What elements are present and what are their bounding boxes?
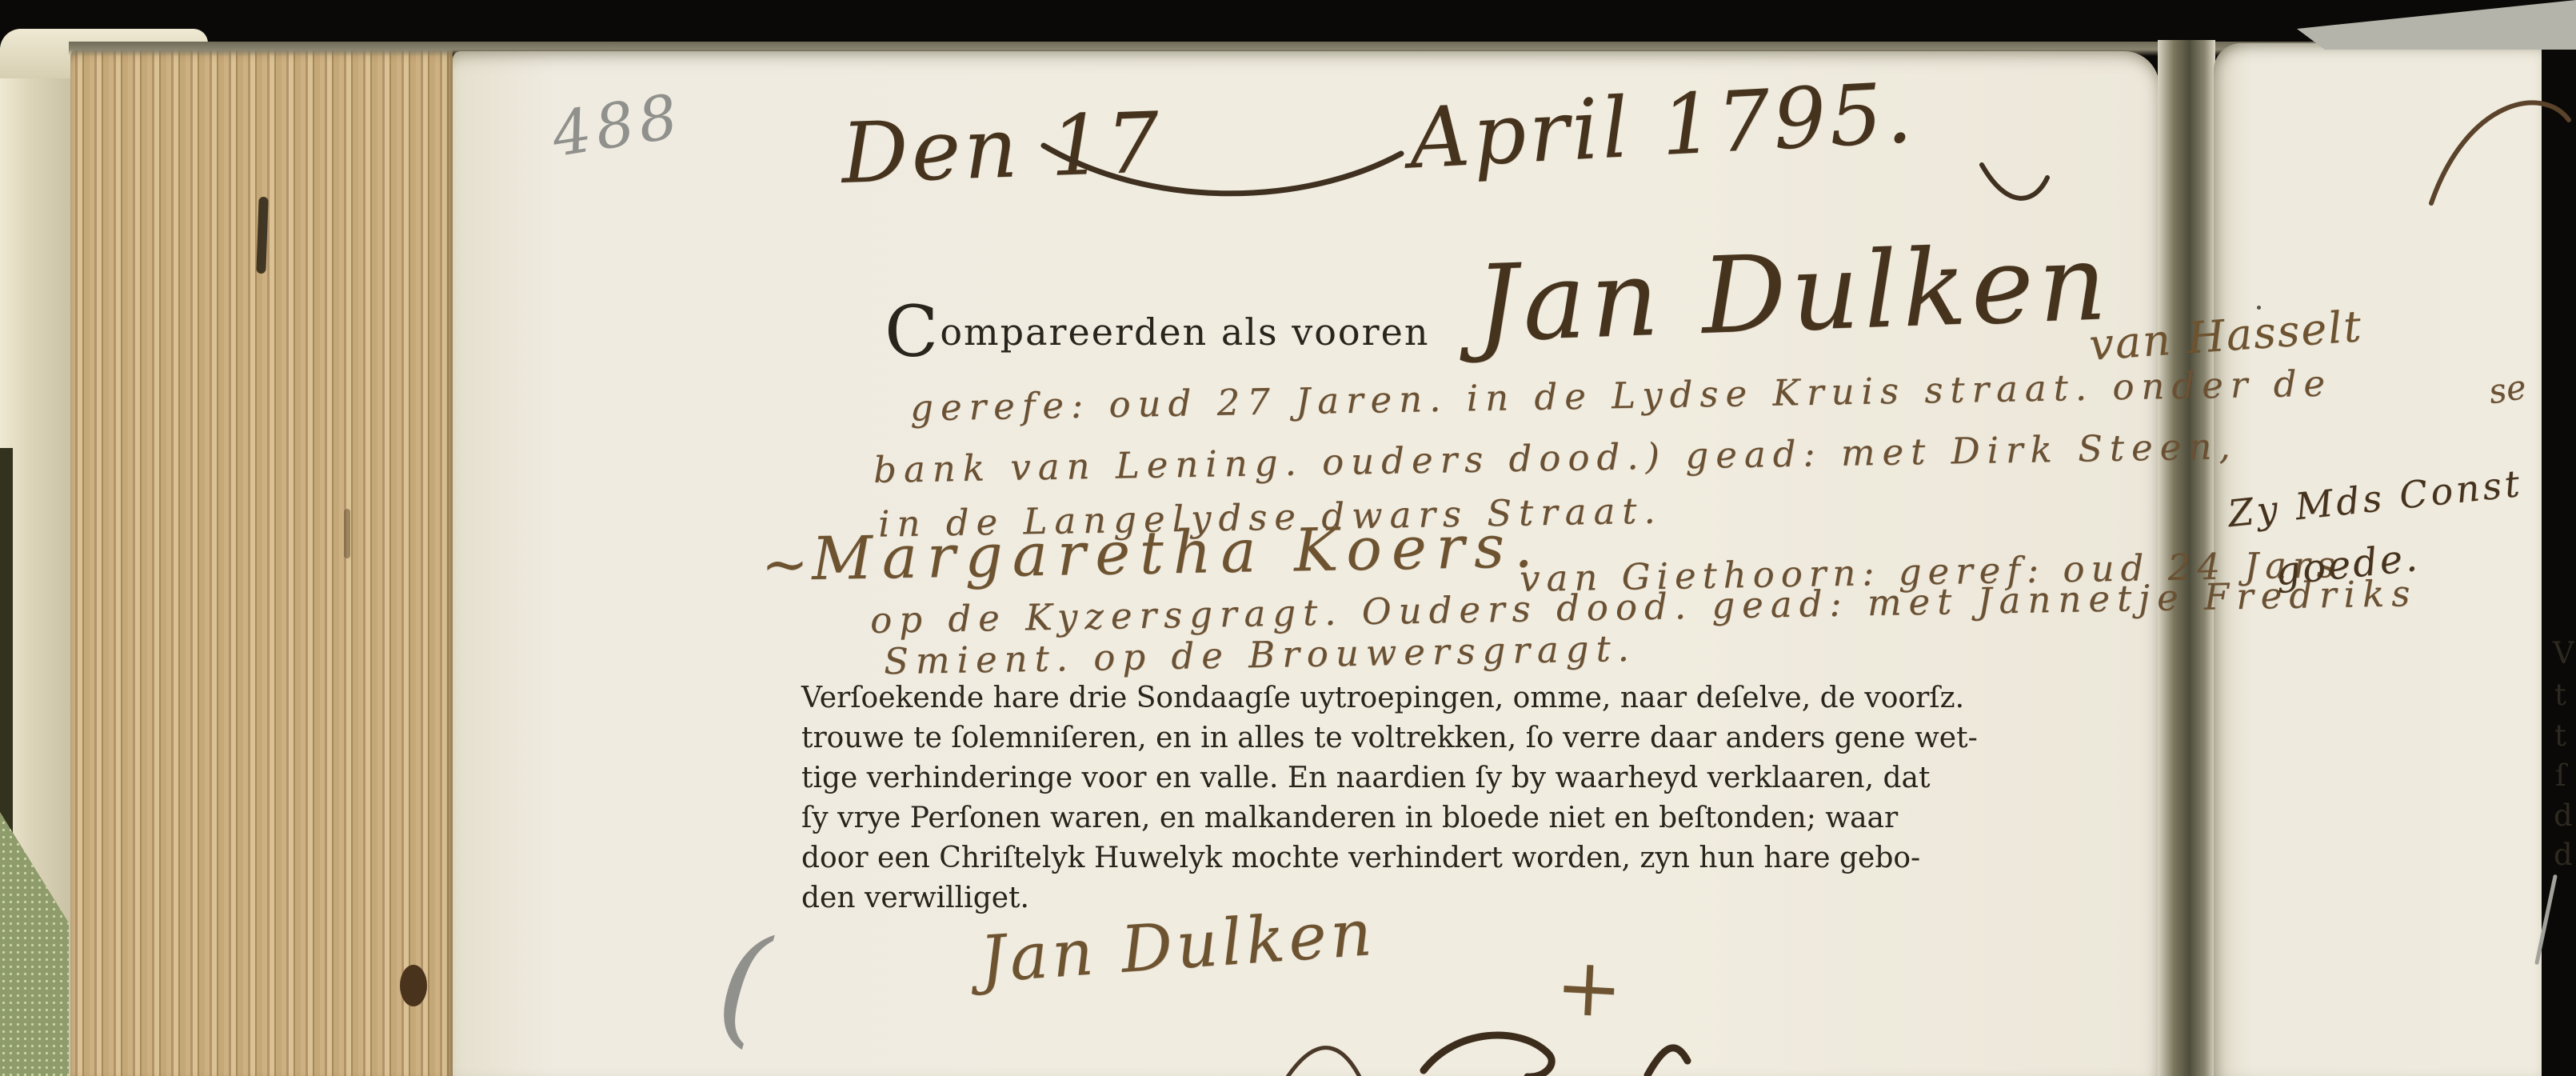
intro-dropcap: C: [885, 290, 940, 373]
open-register-book-photo: 488 Den 17 April 1795. Compareerden als …: [0, 0, 2576, 1076]
printed-legal-text: Verſoekende hare drie Sondaagſe uytroepi…: [801, 678, 1978, 918]
printed-line: Verſoekende hare drie Sondaagſe uytroepi…: [801, 678, 1978, 718]
next-page-corner-flourish: [2423, 83, 2576, 211]
intro-text: ompareerden als vooren: [940, 310, 1429, 354]
next-page-print-fragment: t: [2554, 718, 2566, 753]
bride-name: Margaretha Koers.: [811, 512, 1543, 594]
date-connecting-swash: [1040, 136, 1408, 212]
next-entry-flourish: [1272, 1014, 1751, 1076]
printed-line: ſy vrye Perſonen waren, en malkanderen i…: [801, 798, 1978, 838]
bride-lead-flourish: ~: [761, 531, 809, 597]
book-edge-top-right: [2297, 0, 2576, 50]
groom-name: Jan Dulken: [1474, 221, 2114, 366]
date-end-flourish: [1977, 160, 2053, 212]
printed-line: door een Chriſtelyk Huwelyk mochte verhi…: [801, 838, 1978, 878]
printed-intro: Compareerden als vooren: [885, 310, 1429, 354]
printed-line: den verwilliget.: [801, 878, 1978, 918]
printed-line: tige verhinderinge voor en valle. En naa…: [801, 758, 1978, 798]
next-page-print-fragment: d: [2554, 798, 2573, 833]
fore-edge-spot: [400, 965, 427, 1006]
next-page-print-fragment: ſ: [2555, 758, 2566, 793]
fore-edge-mark: [344, 509, 350, 558]
next-page-print-fragment: t: [2554, 678, 2566, 712]
next-page-hand-fragment: se: [2486, 367, 2529, 412]
next-page-print-fragment: V: [2553, 636, 2574, 670]
paper-speck: [2257, 306, 2261, 310]
next-page-print-fragment: d: [2554, 838, 2573, 872]
printed-line: trouwe te ſolemniſeren, en in alles te v…: [801, 718, 1978, 758]
